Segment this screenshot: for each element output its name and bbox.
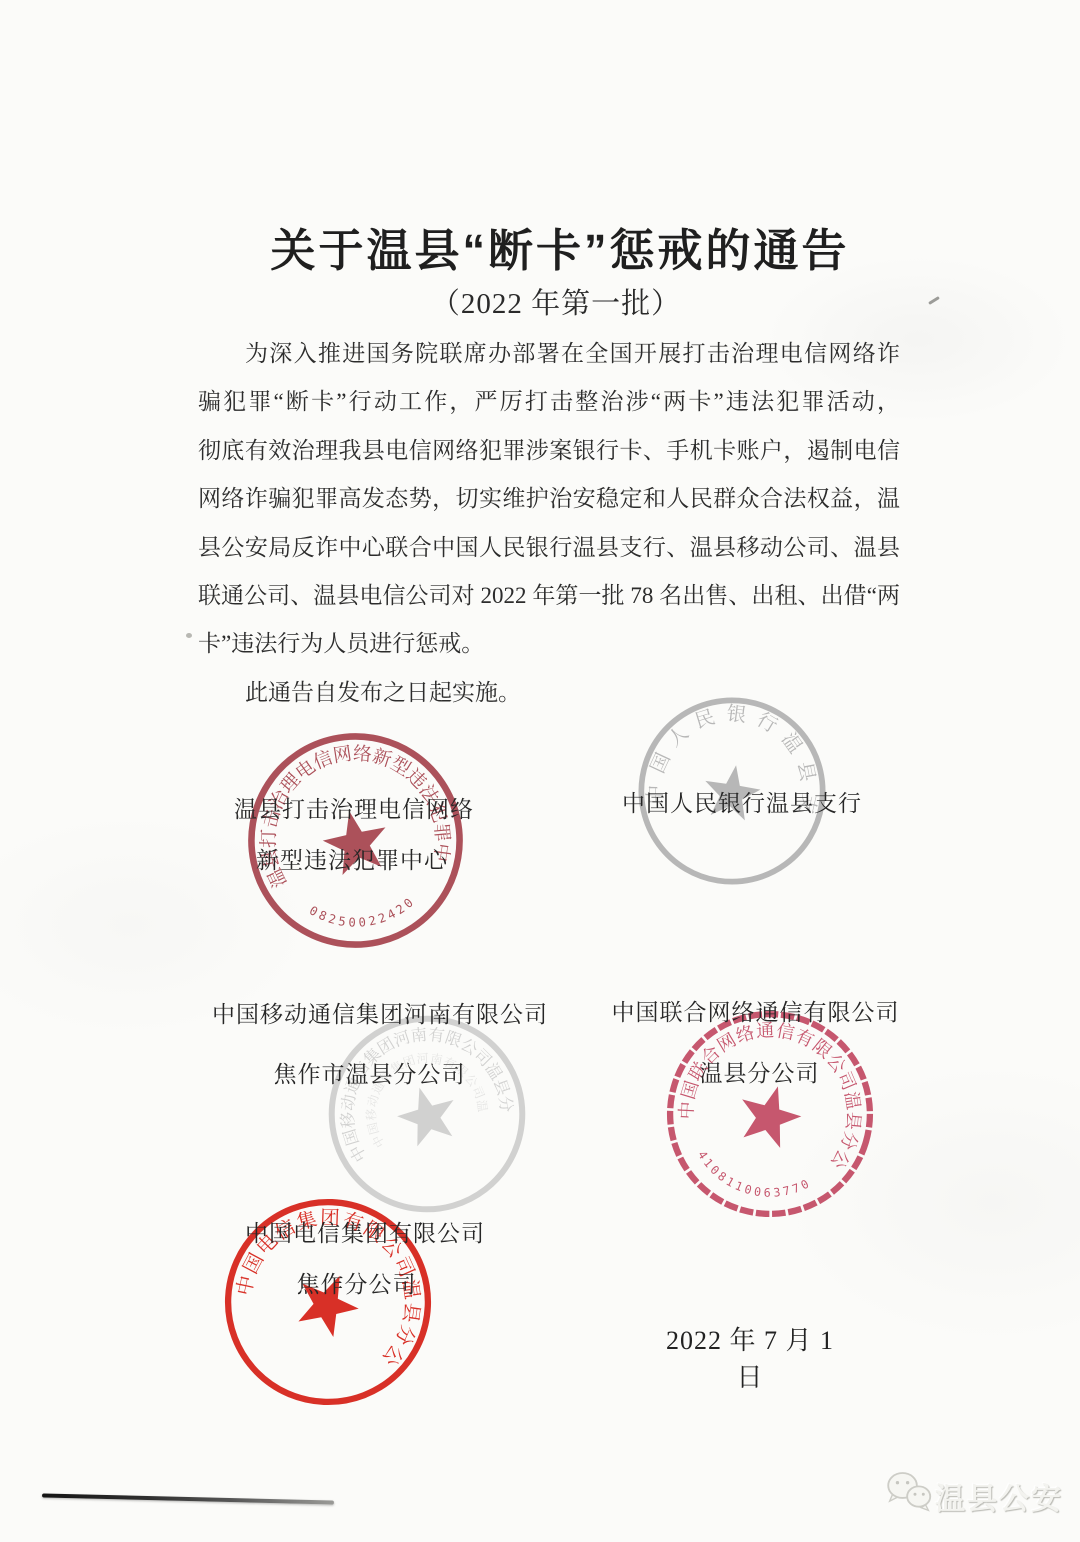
wechat-icon [885,1470,933,1512]
signatory-china-mobile-line2: 焦作市温县分公司 [272,1056,467,1089]
signatory-china-telecom-line2: 焦作分公司 [294,1266,419,1299]
star-icon [732,1078,807,1151]
body-line: 联通公司、温县电信公司对 2022 年第一批 78 名出售、出租、出借“两 [198,572,900,620]
signatory-china-mobile-line1: 中国移动通信集团河南有限公司 [212,996,542,1029]
scanned-notice-page: 关于温县“断卡”惩戒的通告 （2022 年第一批） 为深入推进国务院联席办部署在… [0,0,1080,1542]
signatory-china-telecom-line1: 中国电信集团有限公司 [245,1215,485,1248]
body-line: 卡”违法行为人员进行惩戒。 [198,620,900,668]
scan-speck [186,633,192,638]
signatory-china-unicom-line2: 温县分公司 [697,1055,822,1088]
wechat-account-name: 温县公安 [935,1474,1063,1518]
body-line: 为深入推进国务院联席办部署在全国开展打击治理电信网络诈 [198,330,900,378]
notice-body: 为深入推进国务院联席办部署在全国开展打击治理电信网络诈 骗犯罪“断卡”行动工作，… [198,330,900,717]
signatory-crime-center-line2: 新型违法犯罪中心 [232,842,472,875]
body-line: 网络诈骗犯罪高发态势，切实维护治安稳定和人民群众合法权益，温 [198,475,900,523]
body-line: 县公安局反诈中心联合中国人民银行温县支行、温县移动公司、温县 [198,524,900,572]
body-line: 彻底有效治理我县电信网络犯罪涉案银行卡、手机卡账户，遏制电信 [198,427,900,475]
notice-date: 2022 年 7 月 1 日 [650,1320,850,1394]
pen-smudge [42,1493,334,1504]
notice-subtitle: （2022 年第一批） [36,281,1076,322]
wechat-watermark: 温县公安 [880,1462,1070,1522]
signatory-crime-center-line1: 温县打击治理电信网络 [224,791,484,824]
star-icon [391,1080,463,1150]
body-line: 骗犯罪“断卡”行动工作，严厉打击整治涉“两卡”违法犯罪活动， [198,378,900,426]
notice-title: 关于温县“断卡”惩戒的通告 [40,214,1080,279]
stamp-serial: 4108110063770 [688,1144,817,1214]
crime-center-stamp: 温县打击治理电信网络新型违法犯罪中心 08250022420 [222,707,489,974]
signatory-china-unicom-line1: 中国联合网络通信有限公司 [608,994,903,1027]
signatory-pboc: 中国人民银行温县支行 [618,785,866,818]
